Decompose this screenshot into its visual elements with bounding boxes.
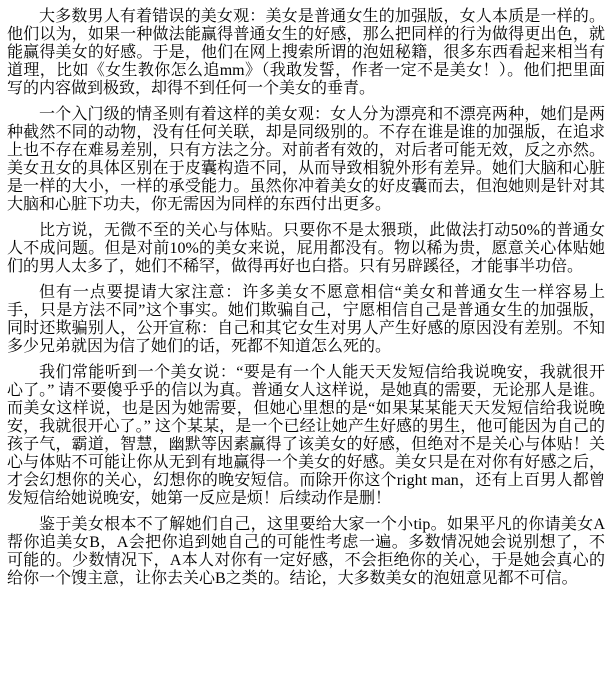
paragraph-5: 我们常能听到一个美女说：“要是有一个人能天天发短信给我说晚安，我就很开心了。” …	[7, 364, 605, 508]
paragraph-4: 但有一点要提请大家注意：许多美女不愿意相信“美女和普通女生一样容易上手，只是方法…	[7, 284, 605, 356]
paragraph-2: 一个入门级的情圣则有着这样的美女观：女人分为漂亮和不漂亮两种，她们是两种截然不同…	[7, 106, 605, 214]
document-page: 大多数男人有着错误的美女观：美女是普通女生的加强版，女人本质是一样的。他们以为，…	[0, 0, 611, 681]
paragraph-6: 鉴于美女根本不了解她们自己，这里要给大家一个小tip。如果平凡的你请美女A帮你追…	[7, 516, 605, 588]
paragraph-3: 比方说，无微不至的关心与体贴。只要你不是太猥琐，此做法打动50%的普通女人不成问…	[7, 222, 605, 276]
paragraph-1: 大多数男人有着错误的美女观：美女是普通女生的加强版，女人本质是一样的。他们以为，…	[7, 8, 605, 98]
